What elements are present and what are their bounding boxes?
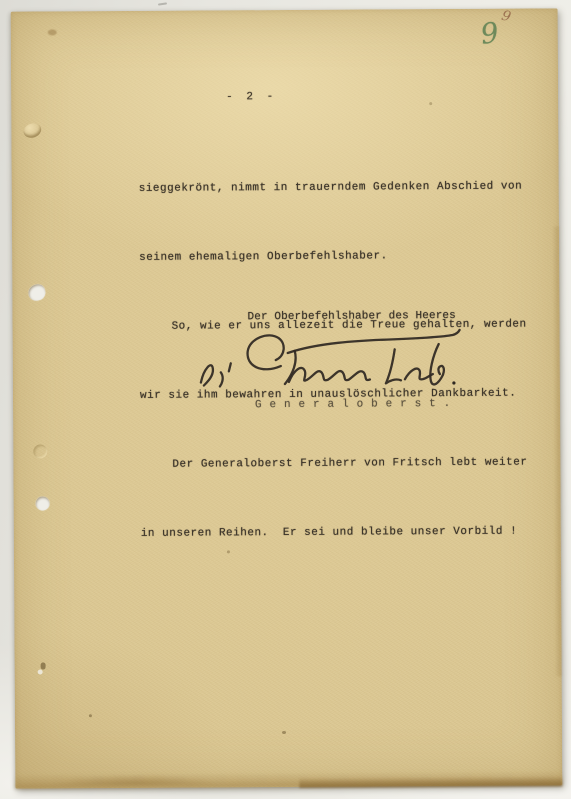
- body-line: sieggekrönt, nimmt in trauerndem Gedenke…: [139, 176, 526, 201]
- paper-stain-speck: [89, 714, 92, 717]
- signature-stroke: [288, 330, 460, 353]
- paper-stain-speck: [48, 29, 57, 35]
- paper-dimple: [33, 444, 47, 458]
- signature-period: [452, 381, 455, 384]
- signature-stroke: [220, 372, 223, 386]
- bottom-edge-stain: [54, 774, 218, 785]
- punch-hole: [27, 283, 48, 303]
- paper-stain-speck: [38, 669, 43, 674]
- closing-rank: G e n e r a l o b e r s t .: [255, 397, 451, 412]
- paper-tear: [22, 121, 43, 140]
- body-line: Der Generaloberst Freiherr von Fritsch l…: [140, 452, 527, 477]
- paper-stain-speck: [429, 102, 432, 105]
- page-number: - 2 -: [226, 90, 277, 104]
- body-line: in unseren Reihen. Er sei und bleibe uns…: [141, 521, 528, 546]
- bottom-edge-stain: [300, 776, 563, 788]
- punch-hole: [36, 496, 50, 510]
- signature-stroke: [289, 368, 370, 382]
- document-page: 9 9 - 2 - sieggekrönt, nimmt in trauernd…: [11, 8, 563, 788]
- signature-stroke: [229, 363, 231, 371]
- handwritten-corner-mark: 9 9: [479, 7, 519, 59]
- signature-handwriting: [190, 327, 470, 401]
- closing-title: Der Oberbefehlshaber des Heeres: [247, 309, 455, 324]
- signature-stroke: [247, 335, 283, 369]
- scanner-speck: [158, 2, 167, 5]
- signature-stroke: [201, 365, 213, 385]
- signature-stroke: [405, 368, 433, 379]
- right-edge-stain: [552, 226, 562, 677]
- body-line: seinem ehemaligen Oberbefehlshaber.: [139, 245, 526, 270]
- corner-mark-digit: 9: [479, 16, 501, 51]
- signature-stroke: [430, 344, 444, 384]
- signature-stroke: [386, 349, 401, 383]
- paper-stain-speck: [282, 731, 286, 734]
- corner-mark-superscript: 9: [500, 8, 513, 26]
- paper-stain-speck: [41, 662, 46, 669]
